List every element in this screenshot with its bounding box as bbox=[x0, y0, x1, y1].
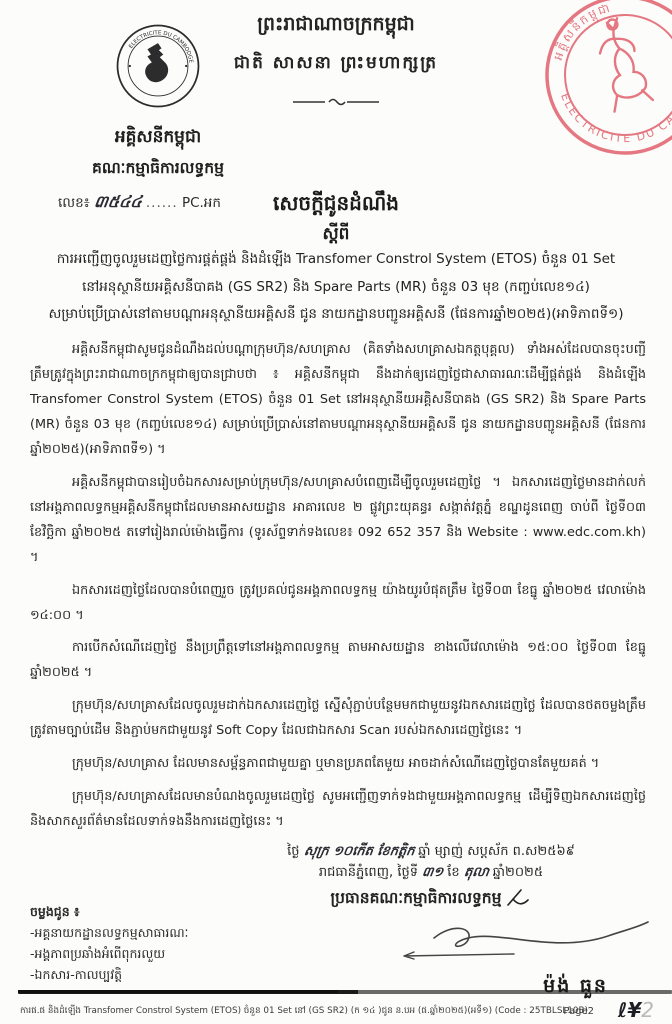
cc-item: -អគ្គនាយកដ្ឋានលទ្ធកម្មសាធារណៈ bbox=[30, 925, 188, 944]
cc-block: ចម្លងជូន ៖ -អគ្គនាយកដ្ឋានលទ្ធកម្មសាធារណៈ… bbox=[30, 904, 188, 986]
body-paragraph: ក្រុមហ៊ុន/សហគ្រាសដែលចូលរួមដាក់ឯកសារដេញថ្… bbox=[30, 694, 646, 744]
signer-name: ម៉ង់ ធួន bbox=[543, 974, 608, 1002]
signer-title: ប្រធានគណៈកម្មាធិការលទ្ធកម្ម bbox=[331, 889, 502, 907]
notice-title: សេចក្តីជូនដំណឹង bbox=[0, 190, 672, 220]
place-prefix: រាជធានីភ្នំពេញ, ថ្ងៃទី bbox=[319, 865, 418, 880]
lunar-prefix: ថ្ងៃ bbox=[287, 844, 299, 859]
issuer-block: ELECTRICITE DU CAMBODGE អគ្គិសនីកម្ពុជា … bbox=[48, 22, 268, 215]
org-name: អគ្គិសនីកម្ពុជា bbox=[48, 126, 268, 151]
notice-body: អគ្គិសនីកម្ពុជាសូមជូនដំណឹងដល់បណ្តាក្រុមហ… bbox=[30, 338, 646, 835]
subject-line-1: ការអញ្ជើញចូលរួមដេញថ្លៃការផ្គត់ផ្គង់ និងដ… bbox=[24, 246, 648, 274]
body-paragraph: អគ្គិសនីកម្ពុជាសូមជូនដំណឹងដល់បណ្តាក្រុមហ… bbox=[30, 338, 646, 463]
subject-line-2: នៅអនុស្ថានីយអគ្គិសនីបាគង (GS SR2) និង Sp… bbox=[24, 274, 648, 302]
cc-label: ចម្លងជូន ៖ bbox=[30, 904, 188, 923]
body-paragraph: ក្រុមហ៊ុន/សហគ្រាសដែលមានបំណងចូលរួមដេញថ្លៃ… bbox=[30, 785, 646, 835]
body-paragraph: ក្រុមហ៊ុន/សហគ្រាស ដែលមានសម្ព័ន្ធភាពជាមួយ… bbox=[30, 752, 646, 777]
hand-mark-faint: 2 bbox=[641, 998, 654, 1022]
footer-page-number: Page2 bbox=[563, 1006, 594, 1017]
notice-subtitle: ស្តីពី bbox=[0, 223, 672, 248]
edc-logo: ELECTRICITE DU CAMBODGE bbox=[114, 22, 202, 114]
month-handwritten: តុលា bbox=[462, 864, 489, 883]
scanned-notice-document: ព្រះរាជាណាចក្រកម្ពុជា ជាតិ សាសនា ព្រះមហា… bbox=[0, 0, 672, 1024]
committee-name: គណៈកម្មាធិការលទ្ធកម្ម bbox=[48, 158, 268, 181]
footer-handwritten-mark: ℓ¥2 bbox=[618, 998, 654, 1022]
day-handwritten: ៣១ bbox=[421, 864, 445, 883]
stamp-apsara-figure bbox=[593, 15, 654, 112]
lunar-date-handwritten: សុក្រ ១០កើត ខែកត្តិក bbox=[302, 843, 415, 862]
signer-title-line: ប្រធានគណៈកម្មាធិការលទ្ធកម្ម bbox=[216, 887, 646, 911]
footer-rule-heavy bbox=[18, 990, 338, 993]
signer-paraph-mark bbox=[505, 887, 531, 909]
logo-figure bbox=[145, 43, 168, 82]
body-paragraph: អគ្គិសនីកម្ពុជាបានរៀបចំឯកសារសម្រាប់ក្រុម… bbox=[30, 471, 646, 571]
signature-scrawl bbox=[394, 916, 654, 968]
body-paragraph: ឯកសារដេញថ្លៃដែលបានបំពេញរួច ត្រូវប្រគល់ជូ… bbox=[30, 579, 646, 629]
cc-item: -អង្គភាពប្រឆាំងអំពើពុករលួយ bbox=[30, 946, 188, 965]
subject-block: ការអញ្ជើញចូលរួមដេញថ្លៃការផ្គត់ផ្គង់ និងដ… bbox=[24, 246, 648, 329]
cc-item: -ឯកសារ-កាលប្បវត្តិ bbox=[30, 967, 188, 986]
lunar-date-line: ថ្ងៃ សុក្រ ១០កើត ខែកត្តិក ឆ្នាំ ម្សាញ់ ស… bbox=[216, 843, 646, 862]
body-paragraph: ការបើកសំណើដេញថ្លៃ នឹងប្រព្រឹត្តទៅនៅអង្គភ… bbox=[30, 636, 646, 686]
year-suffix: ឆ្នាំ២០២៥ bbox=[493, 865, 543, 880]
subject-line-3: សម្រាប់ប្រើប្រាស់នៅតាមបណ្តាអនុស្ថានីយអគ្… bbox=[24, 301, 648, 329]
document-header: ព្រះរាជាណាចក្រកម្ពុជា ជាតិ សាសនា ព្រះមហា… bbox=[0, 0, 672, 336]
month-label: ខែ bbox=[447, 865, 459, 880]
notice-title-block: សេចក្តីជូនដំណឹង ស្តីពី bbox=[0, 190, 672, 248]
edc-red-stamp: ELECTRICITE DU CAMBODGE អគ្គិសនីកម្ពុជា bbox=[522, 0, 672, 178]
lunar-suffix: ឆ្នាំ ម្សាញ់ សប្តស័ក ព.ស២៥៦៩ bbox=[418, 844, 575, 859]
signature-block: ថ្ងៃ សុក្រ ១០កើត ខែកត្តិក ឆ្នាំ ម្សាញ់ ស… bbox=[216, 843, 646, 911]
place-date-line: រាជធានីភ្នំពេញ, ថ្ងៃទី ៣១ ខែ តុលា ឆ្នាំ២… bbox=[216, 864, 646, 883]
hand-mark-ink: ℓ¥ bbox=[618, 998, 641, 1022]
